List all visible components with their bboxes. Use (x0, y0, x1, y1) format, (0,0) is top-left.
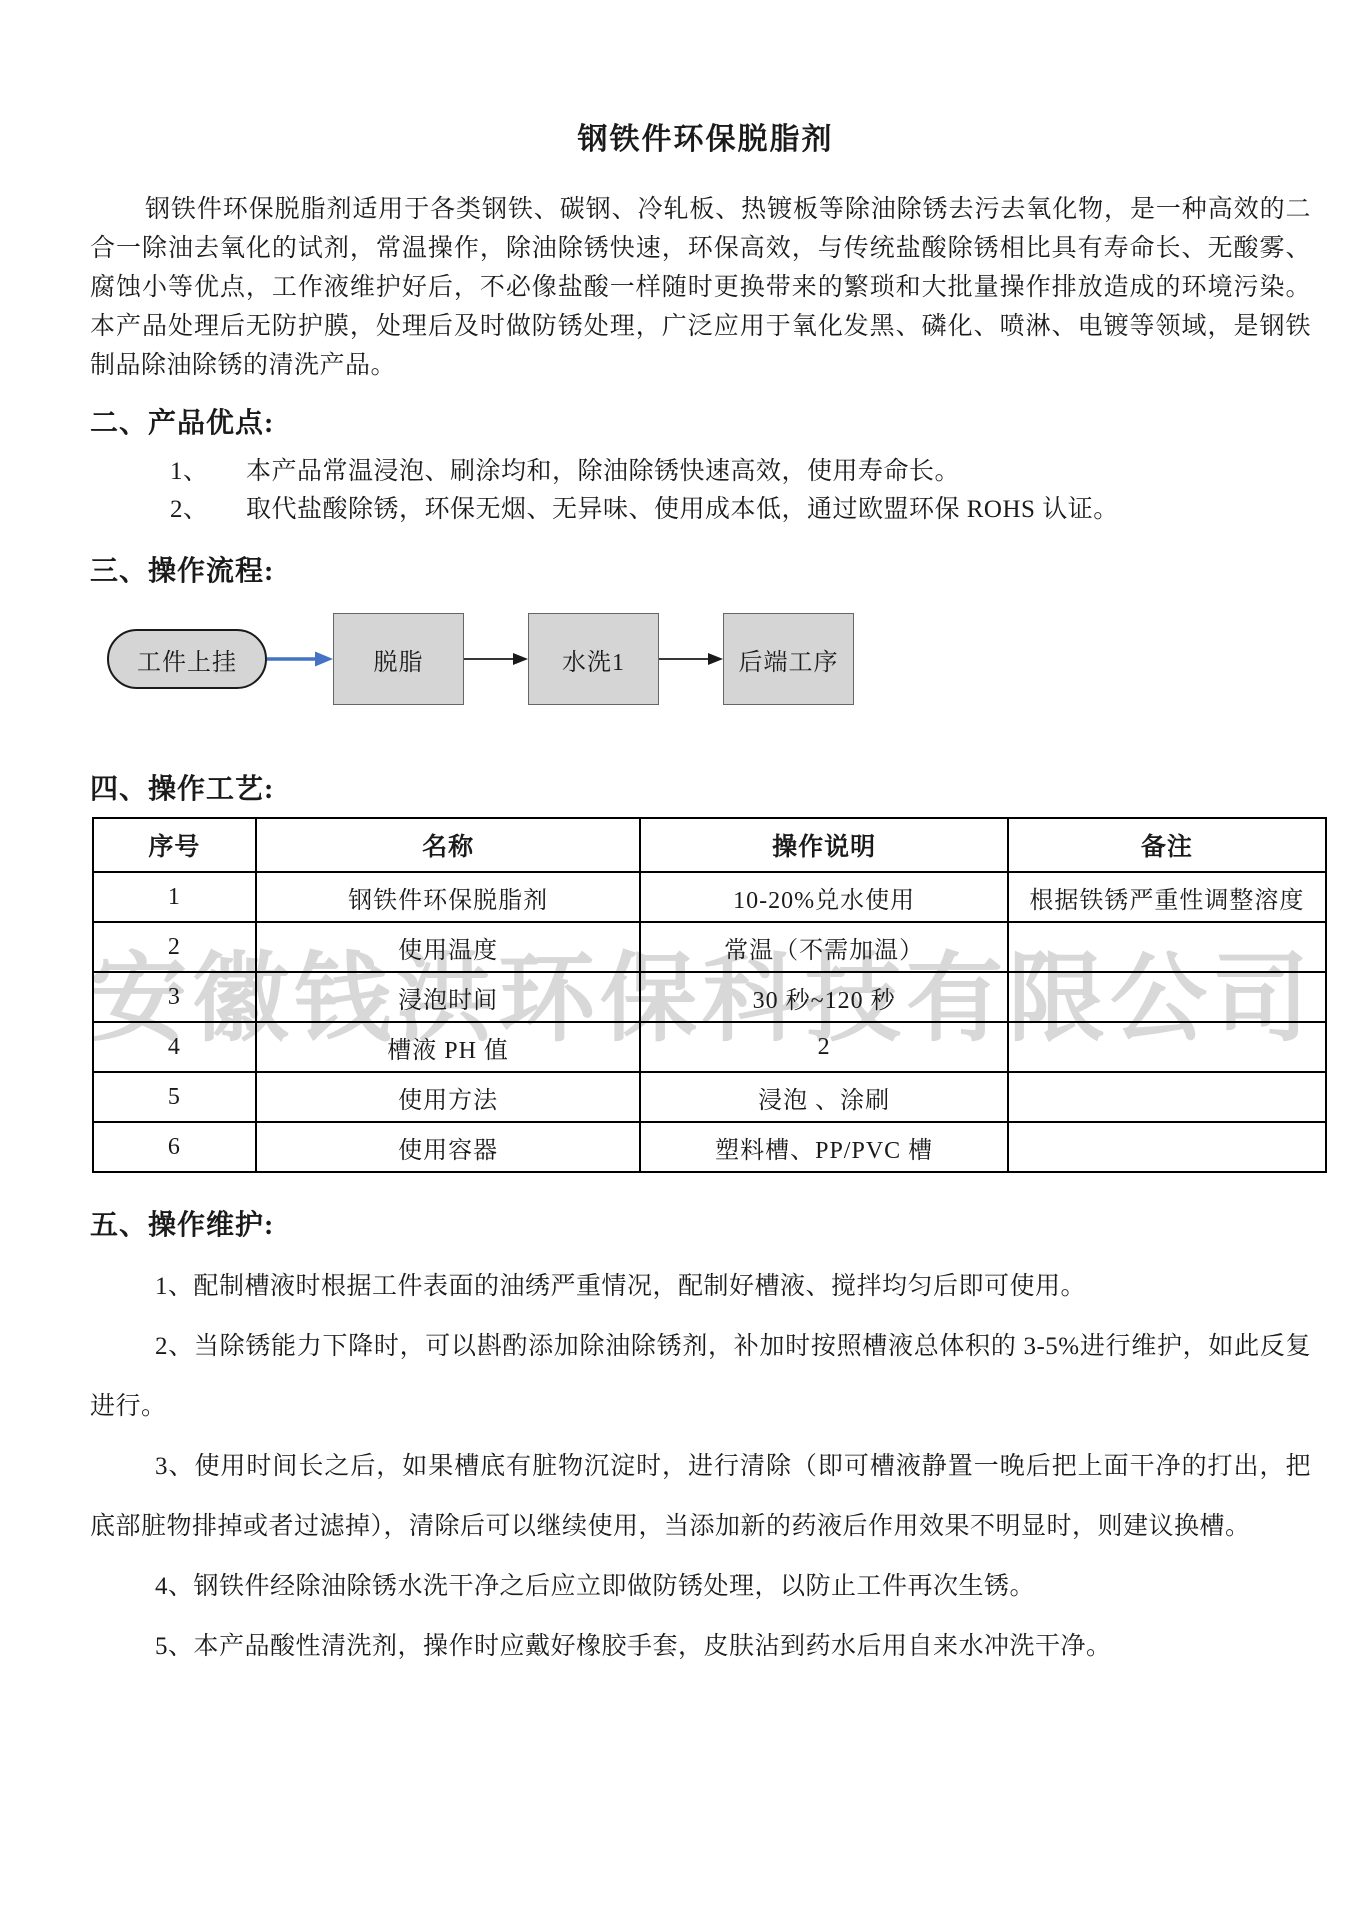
section-process-flow-heading: 三、操作流程: (90, 551, 1321, 593)
cell-instructions: 10-20%兑水使用 (640, 872, 1007, 922)
cell-index: 2 (93, 922, 256, 972)
table-row: 5 使用方法 浸泡 、涂刷 (93, 1072, 1326, 1122)
maintenance-list: 1、配制槽液时根据工件表面的油绣严重情况，配制好槽液、搅拌均匀后即可使用。 2、… (90, 1257, 1311, 1677)
flow-arrow-blue-icon (267, 650, 333, 668)
maintenance-item: 5、本产品酸性清洗剂，操作时应戴好橡胶手套，皮肤沾到药水后用自来水冲洗干净。 (90, 1617, 1311, 1677)
cell-index: 3 (93, 972, 256, 1022)
cell-index: 1 (93, 872, 256, 922)
table-row: 2 使用温度 常温（不需加温） (93, 922, 1326, 972)
maintenance-item: 1、配制槽液时根据工件表面的油绣严重情况，配制好槽液、搅拌均匀后即可使用。 (90, 1257, 1311, 1317)
cell-index: 5 (93, 1072, 256, 1122)
section-advantages-heading: 二、产品优点: (90, 403, 1321, 445)
advantage-item-number: 1、 (170, 453, 246, 491)
cell-remarks: 根据铁锈严重性调整溶度 (1008, 872, 1326, 922)
cell-name: 浸泡时间 (256, 972, 641, 1022)
cell-instructions: 30 秒~120 秒 (640, 972, 1007, 1022)
cell-index: 4 (93, 1022, 256, 1072)
col-header-remarks: 备注 (1008, 818, 1326, 872)
advantage-item: 2、 取代盐酸除锈，环保无烟、无异味、使用成本低，通过欧盟环保 ROHS 认证。 (90, 491, 1321, 529)
section-maintenance-heading: 五、操作维护: (90, 1205, 1321, 1247)
cell-instructions: 塑料槽、PP/PVC 槽 (640, 1122, 1007, 1172)
advantage-item: 1、 本产品常温浸泡、刷涂均和，除油除锈快速高效，使用寿命长。 (90, 453, 1321, 491)
cell-remarks (1008, 1122, 1326, 1172)
page-title: 钢铁件环保脱脂剂 (90, 118, 1321, 162)
table-row: 6 使用容器 塑料槽、PP/PVC 槽 (93, 1122, 1326, 1172)
maintenance-item: 3、使用时间长之后，如果槽底有脏物沉淀时，进行清除（即可槽液静置一晚后把上面干净… (90, 1437, 1311, 1557)
cell-instructions: 浸泡 、涂刷 (640, 1072, 1007, 1122)
maintenance-item: 4、钢铁件经除油除锈水洗干净之后应立即做防锈处理，以防止工件再次生锈。 (90, 1557, 1311, 1617)
cell-instructions: 常温（不需加温） (640, 922, 1007, 972)
intro-paragraph: 钢铁件环保脱脂剂适用于各类钢铁、碳钢、冷轧板、热镀板等除油除锈去污去氧化物，是一… (90, 190, 1311, 385)
cell-remarks (1008, 972, 1326, 1022)
table-row: 1 钢铁件环保脱脂剂 10-20%兑水使用 根据铁锈严重性调整溶度 (93, 872, 1326, 922)
flow-node-degrease: 脱脂 (333, 613, 464, 705)
process-parameters-table: 序号 名称 操作说明 备注 1 钢铁件环保脱脂剂 10-20%兑水使用 根据铁锈… (92, 817, 1327, 1173)
cell-name: 使用方法 (256, 1072, 641, 1122)
advantage-item-text: 取代盐酸除锈，环保无烟、无异味、使用成本低，通过欧盟环保 ROHS 认证。 (246, 491, 1119, 529)
table-row: 3 浸泡时间 30 秒~120 秒 (93, 972, 1326, 1022)
cell-name: 使用温度 (256, 922, 641, 972)
table-header-row: 序号 名称 操作说明 备注 (93, 818, 1326, 872)
advantage-item-text: 本产品常温浸泡、刷涂均和，除油除锈快速高效，使用寿命长。 (246, 453, 960, 491)
cell-instructions: 2 (640, 1022, 1007, 1072)
advantage-item-number: 2、 (170, 491, 246, 529)
process-flowchart: 工件上挂 脱脂 水洗1 后端工序 (90, 601, 1321, 717)
cell-remarks (1008, 1022, 1326, 1072)
advantages-list: 1、 本产品常温浸泡、刷涂均和，除油除锈快速高效，使用寿命长。 2、 取代盐酸除… (90, 453, 1321, 529)
cell-name: 钢铁件环保脱脂剂 (256, 872, 641, 922)
document-page: 安徽钱洪环保科技有限公司 钢铁件环保脱脂剂 钢铁件环保脱脂剂适用于各类钢铁、碳钢… (0, 0, 1357, 1920)
table-row: 4 槽液 PH 值 2 (93, 1022, 1326, 1072)
col-header-name: 名称 (256, 818, 641, 872)
col-header-index: 序号 (93, 818, 256, 872)
flow-node-start: 工件上挂 (107, 629, 267, 689)
flow-node-rinse: 水洗1 (528, 613, 659, 705)
cell-remarks (1008, 922, 1326, 972)
section-parameters-heading: 四、操作工艺: (90, 769, 1321, 811)
flow-arrow-icon (464, 650, 528, 668)
flow-node-backend: 后端工序 (723, 613, 854, 705)
cell-name: 槽液 PH 值 (256, 1022, 641, 1072)
cell-name: 使用容器 (256, 1122, 641, 1172)
cell-index: 6 (93, 1122, 256, 1172)
maintenance-item: 2、当除锈能力下降时，可以斟酌添加除油除锈剂，补加时按照槽液总体积的 3-5%进… (90, 1317, 1311, 1437)
col-header-instructions: 操作说明 (640, 818, 1007, 872)
flow-arrow-icon (659, 650, 723, 668)
cell-remarks (1008, 1072, 1326, 1122)
